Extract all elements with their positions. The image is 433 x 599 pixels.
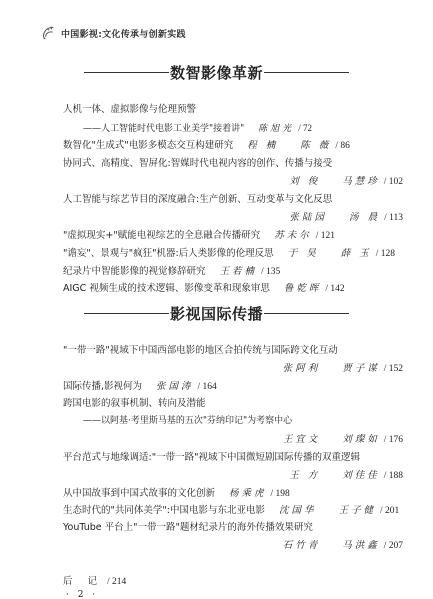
toc-entry[interactable]: 平台范式与地缘调适:"一带一路"视域下中国微短剧国际传播的双重逻辑 (63, 452, 360, 464)
entry-page: / 164 (198, 382, 217, 392)
toc-entry-afterword[interactable]: 后 记/ 214 (63, 576, 126, 588)
entry-title: 后 记 (63, 576, 103, 587)
entry-title: YouTube 平台上"一带一路"题材纪录片的海外传播效果研究 (63, 522, 313, 533)
page-number: · 2 · (66, 590, 98, 599)
entry-title: "虚拟现实+"赋能电视综艺的全息融合传播研究 (63, 230, 260, 241)
film-reel-icon (40, 24, 58, 42)
toc-entry-authors[interactable]: 张陆园汤 晨/ 113 (276, 212, 403, 224)
entry-author: 汤 晨 (349, 212, 380, 223)
section-title: 数智影像革新 (169, 62, 264, 83)
entry-author: 陈 薇 (300, 140, 331, 151)
entry-author: 鲁乾晖 (284, 283, 322, 294)
entry-author: 贾子谋 (342, 363, 380, 374)
entry-author: 于 昊 (288, 248, 319, 259)
toc-entry[interactable]: "虚拟现实+"赋能电视综艺的全息融合传播研究苏未尔/ 121 (63, 230, 335, 242)
section-title: 影视国际传播 (169, 303, 264, 324)
entry-page: / 113 (384, 213, 403, 223)
entry-title: 人机一体、虚拟影像与伦理预警 (63, 104, 196, 115)
toc-entry[interactable]: 纪录片中智能影像的视觉修辞研究王若楠/ 135 (63, 266, 280, 278)
toc-entry-authors[interactable]: 张阿利贾子谋/ 152 (269, 363, 403, 375)
entry-page: / 201 (380, 506, 399, 516)
entry-page: / 102 (384, 177, 403, 187)
entry-page: / 207 (384, 541, 403, 551)
toc-entry[interactable]: YouTube 平台上"一带一路"题材纪录片的海外传播效果研究 (63, 522, 313, 534)
toc-entry-authors[interactable]: 刘 俊马慧珍/ 102 (275, 176, 403, 188)
entry-title: 纪录片中智能影像的视觉修辞研究 (63, 266, 206, 277)
toc-entry-authors[interactable]: 王宜文刘璨如/ 176 (269, 434, 403, 446)
entry-title: "一带一路"视域下中国西部电影的地区合拍传统与国际跨文化互动 (63, 345, 338, 356)
entry-page: / 214 (107, 577, 126, 587)
toc-entry[interactable]: AIGC 视频生成的技术逻辑、影像变革和现象审思鲁乾晖/ 142 (63, 283, 345, 295)
entry-subtitle: ——人工智能时代电影工业美学"接着讲" (83, 124, 244, 134)
entry-page: / 121 (316, 231, 335, 241)
toc-entry-authors[interactable]: 王 方刘佳佳/ 188 (275, 470, 403, 482)
entry-author: 刘 俊 (289, 176, 320, 187)
entry-title: "谵妄"、景观与"疯狂"机器:后人类影像的伦理反思 (63, 248, 274, 259)
entry-page: / 72 (298, 123, 312, 133)
entry-title: 生态时代的"共同体美学":中国电影与东北亚电影 (63, 505, 265, 516)
toc-entry[interactable]: 人机一体、虚拟影像与伦理预警 (63, 104, 196, 116)
toc-entry[interactable]: 国际传播,影视何为张国涛/ 164 (63, 381, 217, 393)
entry-author: 程 楠 (247, 140, 278, 151)
entry-author: 张国涛 (156, 381, 194, 392)
entry-author: 杨乘虎 (229, 488, 267, 499)
running-header: 中国影视:文化传承与创新实践 (40, 24, 186, 42)
entry-author: 薛 玉 (341, 248, 372, 259)
entry-author: 王 方 (289, 470, 320, 481)
entry-title: AIGC 视频生成的技术逻辑、影像变革和现象审思 (63, 283, 270, 294)
toc-entry[interactable]: 从中国故事到中国式故事的文化创新杨乘虎/ 198 (63, 488, 290, 500)
entry-author: 张陆园 (290, 212, 328, 223)
entry-author: 刘佳佳 (342, 470, 380, 481)
entry-author: 刘璨如 (342, 434, 380, 445)
entry-page: / 142 (325, 284, 344, 294)
toc-entry[interactable]: 数智化"生成式"电影多模态交互构建研究程 楠陈 薇/ 86 (63, 140, 350, 152)
entry-title: 国际传播,影视何为 (63, 381, 142, 392)
entry-page: / 198 (271, 489, 290, 499)
entry-page: / 86 (335, 141, 350, 151)
entry-title: 人工智能与综艺节目的深度融合:生产创新、互动变革与文化反思 (63, 194, 332, 205)
toc-entry[interactable]: 协同式、高精度、智屏化:智媒时代电视内容的创作、传播与接受 (63, 158, 332, 170)
toc-entry[interactable]: "谵妄"、景观与"疯狂"机器:后人类影像的伦理反思于 昊薛 玉/ 128 (63, 248, 395, 260)
entry-author: 苏未尔 (274, 230, 312, 241)
divider (264, 313, 349, 314)
entry-page: / 176 (384, 435, 403, 445)
entry-title: 协同式、高精度、智屏化:智媒时代电视内容的创作、传播与接受 (63, 158, 332, 169)
entry-author: 王宜文 (283, 434, 321, 445)
toc-entry[interactable]: 跨国电影的叙事机制、转向及潜能 (63, 398, 206, 410)
entry-author: 沈国华 (279, 505, 317, 516)
toc-entry-authors[interactable]: 石竹青马洪鑫/ 207 (269, 540, 403, 552)
entry-page: / 152 (384, 364, 403, 374)
entry-title: 跨国电影的叙事机制、转向及潜能 (63, 398, 206, 409)
entry-author: 王子健 (338, 505, 376, 516)
entry-page: / 128 (376, 249, 395, 259)
section-heading-digital-imaging: 数智影像革新 (0, 62, 433, 83)
toc-entry[interactable]: 人工智能与综艺节目的深度融合:生产创新、互动变革与文化反思 (63, 194, 332, 206)
toc-entry[interactable]: ——人工智能时代电影工业美学"接着讲"陈旭光/ 72 (83, 122, 312, 135)
entry-author: 马慧珍 (342, 176, 380, 187)
divider (84, 72, 169, 73)
entry-subtitle: ——以阿基·考里斯马基的五次"芬纳印记"为考察中心 (83, 416, 292, 426)
entry-page: / 188 (384, 471, 403, 481)
entry-title: 平台范式与地缘调适:"一带一路"视域下中国微短剧国际传播的双重逻辑 (63, 452, 360, 463)
entry-author: 陈旭光 (258, 124, 294, 134)
toc-entry[interactable]: "一带一路"视域下中国西部电影的地区合拍传统与国际跨文化互动 (63, 345, 338, 357)
section-heading-international-communication: 影视国际传播 (0, 303, 433, 324)
divider (84, 313, 169, 314)
entry-author: 王若楠 (220, 266, 258, 277)
entry-page: / 135 (261, 267, 280, 277)
entry-title: 从中国故事到中国式故事的文化创新 (63, 488, 215, 499)
toc-entry[interactable]: ——以阿基·考里斯马基的五次"芬纳印记"为考察中心 (83, 415, 292, 427)
divider (264, 72, 349, 73)
entry-author: 石竹青 (283, 540, 321, 551)
book-title: 中国影视:文化传承与创新实践 (61, 27, 186, 40)
entry-author: 张阿利 (283, 363, 321, 374)
entry-author: 马洪鑫 (342, 540, 380, 551)
toc-entry[interactable]: 生态时代的"共同体美学":中国电影与东北亚电影沈国华王子健/ 201 (63, 505, 399, 517)
entry-title: 数智化"生成式"电影多模态交互构建研究 (63, 140, 233, 151)
